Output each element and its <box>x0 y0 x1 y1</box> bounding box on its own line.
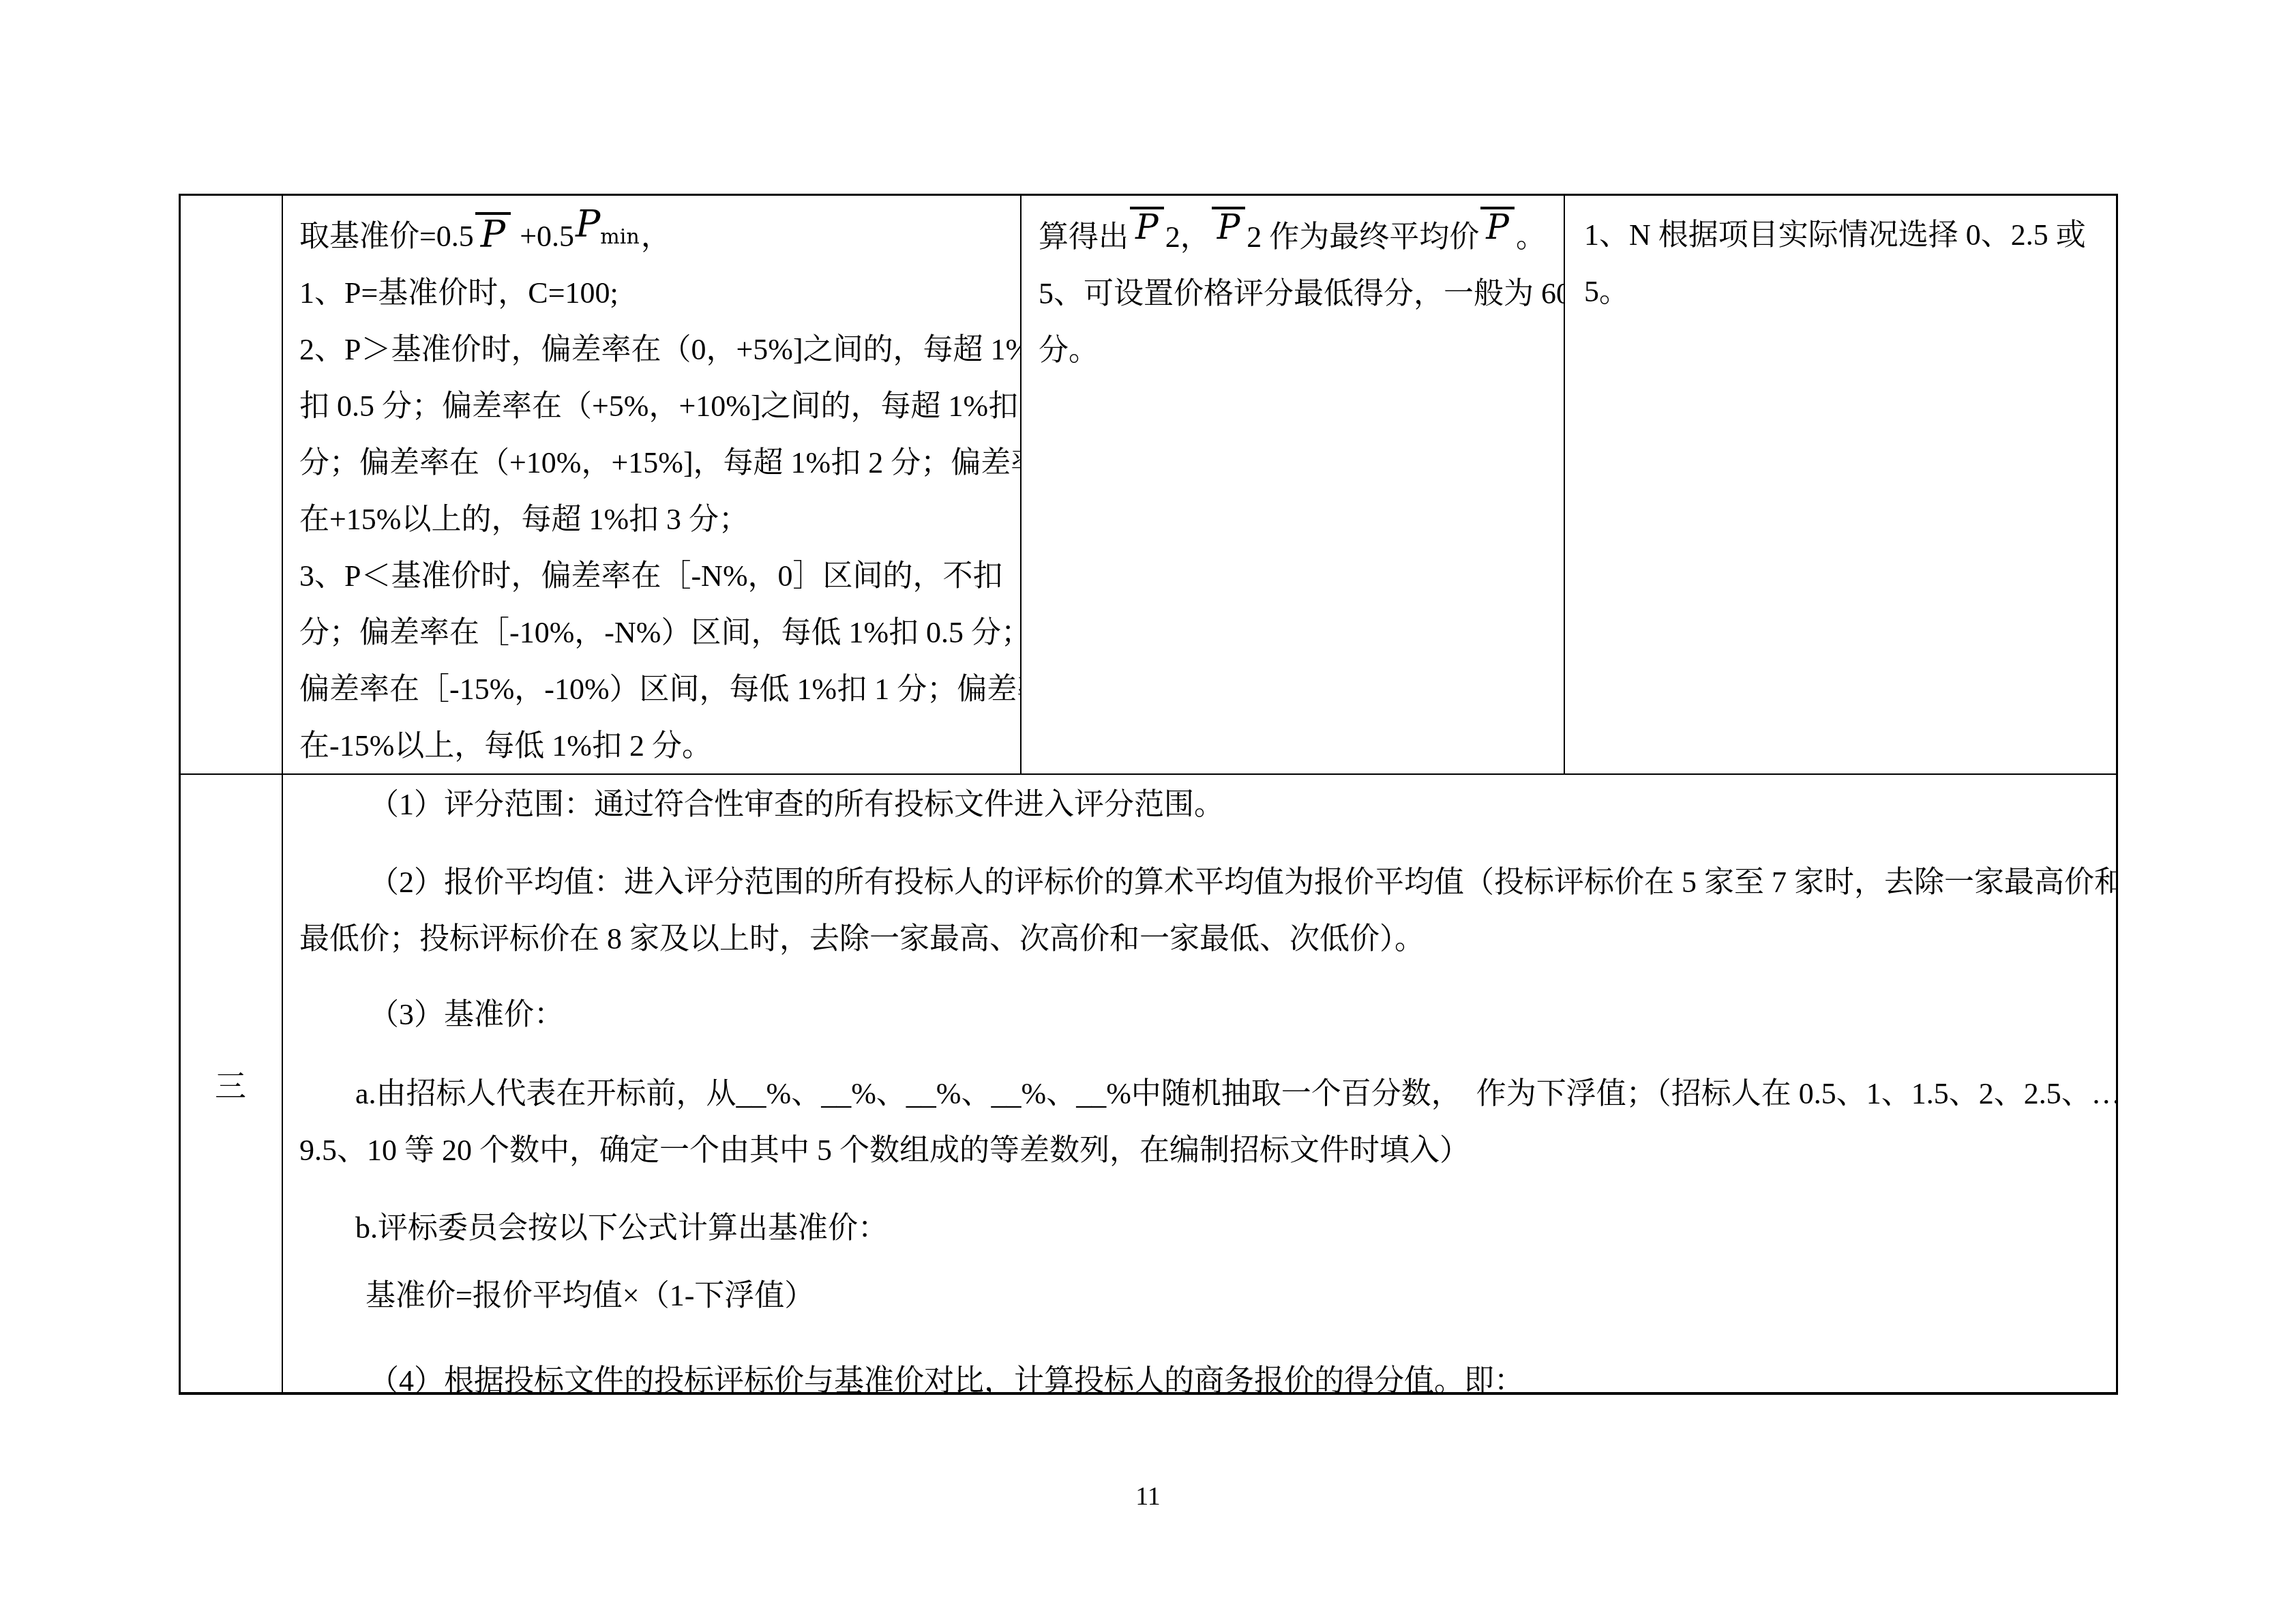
text-line: 最低价；投标评标价在 8 家及以上时，去除一家最高、次高价和一家最低、次低价）。 <box>299 911 2096 967</box>
text-line: （1）评分范围：通过符合性审查的所有投标文件进入评分范围。 <box>299 776 2096 833</box>
formula-line: 取基准价=0.5P +0.5Pmin， <box>299 207 1011 265</box>
text-line: 分；偏差率在（+10%，+15%]，每超 1%扣 2 分；偏差率 <box>299 434 1011 491</box>
table-cell-empty-label <box>181 196 283 773</box>
formula-suffix: ， <box>641 220 671 253</box>
p-bar-symbol: P <box>475 212 511 252</box>
text-line: a.由招标人代表在开标前，从__%、__%、__%、__%、__%中随机抽取一个… <box>299 1065 2096 1122</box>
formula-mid: +0.5 <box>512 220 574 253</box>
text-line: b.评标委员会按以下公式计算出基准价： <box>299 1200 2096 1256</box>
text-line: 在-15%以上，每低 1%扣 2 分。 <box>299 718 1011 773</box>
table-row-continuation: 取基准价=0.5P +0.5Pmin， 1、P=基准价时，C=100; 2、P＞… <box>181 196 2116 775</box>
calc-text: 2， <box>1165 220 1210 254</box>
text-line: 分；偏差率在［-10%，-N%）区间，每低 1%扣 0.5 分； <box>299 604 1011 661</box>
table-row-three: 三 （1）评分范围：通过符合性审查的所有投标文件进入评分范围。 （2）报价平均值… <box>181 775 2116 1392</box>
text-line: 偏差率在［-15%，-10%）区间，每低 1%扣 1 分；偏差率 <box>299 661 1011 718</box>
text-line: 在+15%以上的，每超 1%扣 3 分； <box>299 491 1011 548</box>
table-cell-scoring-method: 取基准价=0.5P +0.5Pmin， 1、P=基准价时，C=100; 2、P＞… <box>283 196 1022 773</box>
document-page: 取基准价=0.5P +0.5Pmin， 1、P=基准价时，C=100; 2、P＞… <box>0 0 2296 1624</box>
calc-text: 算得出 <box>1039 220 1129 254</box>
p-bar-symbol: P <box>1130 207 1164 244</box>
text-line: 5、可设置价格评分最低得分，一般为 60 <box>1039 265 1557 322</box>
text-line: （3）基准价： <box>299 986 2096 1043</box>
table-cell-section-three-body: （1）评分范围：通过符合性审查的所有投标文件进入评分范围。 （2）报价平均值：进… <box>283 775 2116 1392</box>
text-line: 基准价=报价平均值×（1-下浮值） <box>299 1267 2096 1324</box>
text-line: 5。 <box>1584 263 2109 320</box>
text-line: 3、P＜基准价时，偏差率在［-N%，0］区间的，不扣 <box>299 548 1011 604</box>
text-line: 2、P＞基准价时，偏差率在（0，+5%]之间的，每超 1% <box>299 321 1011 378</box>
p-bar-symbol: P <box>1212 207 1246 244</box>
text-line: （2）报价平均值：进入评分范围的所有投标人的评标价的算术平均值为报价平均值（投标… <box>299 854 2096 911</box>
text-line-with-symbols: 算得出P2，P2 作为最终平均价P。 <box>1039 207 1557 265</box>
p-bar-symbol: P <box>1480 207 1515 244</box>
calc-text: 。 <box>1516 220 1546 254</box>
p-min-symbol: Pmin <box>576 207 640 248</box>
calc-text: 2 作为最终平均价 <box>1247 220 1479 254</box>
text-line: 扣 0.5 分；偏差率在（+5%，+10%]之间的，每超 1%扣 1 <box>299 378 1011 434</box>
text-line: 1、N 根据项目实际情况选择 0、2.5 或 <box>1584 207 2109 263</box>
formula-prefix: 取基准价=0.5 <box>299 220 474 253</box>
page-number: 11 <box>0 1481 2296 1511</box>
table-cell-note-n-value: 1、N 根据项目实际情况选择 0、2.5 或 5。 <box>1565 196 2116 773</box>
text-line: 1、P=基准价时，C=100; <box>299 265 1011 321</box>
evaluation-criteria-table: 取基准价=0.5P +0.5Pmin， 1、P=基准价时，C=100; 2、P＞… <box>179 194 2118 1395</box>
table-cell-average-price-calc: 算得出P2，P2 作为最终平均价P。 5、可设置价格评分最低得分，一般为 60 … <box>1022 196 1565 773</box>
text-line: （4）根据投标文件的投标评标价与基准价对比，计算投标人的商务报价的得分值。即： <box>299 1353 2096 1392</box>
row-label-three: 三 <box>215 1061 248 1106</box>
row-label-cell: 三 <box>181 775 283 1392</box>
text-line: 分。 <box>1039 322 1557 379</box>
text-line: 9.5、10 等 20 个数中，确定一个由其中 5 个数组成的等差数列，在编制招… <box>299 1122 2096 1179</box>
